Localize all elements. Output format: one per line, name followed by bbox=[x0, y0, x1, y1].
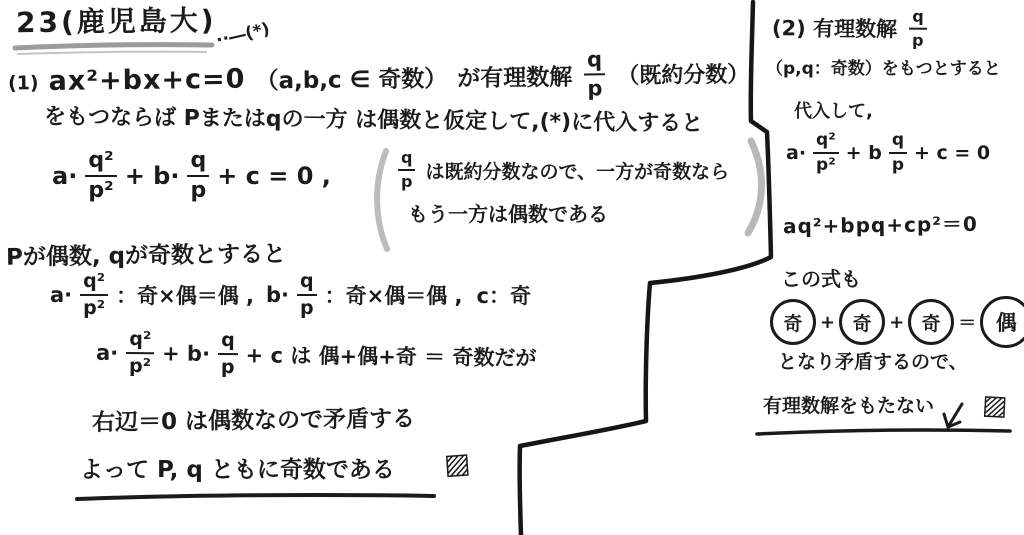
aside-note-line1: q p は既約分数なので、一方が奇数なら bbox=[396, 150, 729, 190]
contradiction-sentence-2: となり矛盾するので、 bbox=[778, 352, 968, 374]
fraction-numerator: q² bbox=[813, 132, 839, 154]
fraction-numerator: q bbox=[398, 150, 415, 171]
fraction-numerator: q² bbox=[80, 272, 108, 296]
star-reference-label: ··―(*) bbox=[214, 20, 271, 51]
parity-odd-times-even-2: ：奇×偶＝偶 , bbox=[325, 280, 463, 310]
fraction-denominator: p² bbox=[83, 296, 105, 318]
conclusion-underline bbox=[77, 495, 434, 499]
handwritten-math-notes: 23(鹿児島大) ··―(*) (1) ax²+bx+c=0 （a,b,c ∈ … bbox=[0, 0, 1024, 535]
quadratic-equation: ax²+bx+c=0 bbox=[48, 63, 245, 96]
parity-assumption-sentence: Pが偶数, qが奇数とすると bbox=[6, 241, 286, 271]
parity-c-odd: c：奇 bbox=[477, 280, 531, 310]
circled-odd-1: 奇 bbox=[770, 299, 816, 345]
rational-root-text: が有理数解 bbox=[457, 58, 572, 92]
aside-text-1: は既約分数なので、一方が奇数なら bbox=[425, 157, 729, 184]
fraction-denominator: p² bbox=[88, 177, 113, 202]
term-plus-c-equals-zero: + c = 0 , bbox=[217, 162, 331, 190]
fraction-denominator: p bbox=[587, 75, 602, 99]
fraction-q2-over-p2: q² p² bbox=[80, 272, 108, 318]
fraction-numerator: q bbox=[584, 49, 605, 75]
fraction-numerator: q bbox=[889, 132, 907, 154]
fraction-denominator: p bbox=[300, 296, 314, 318]
problem-2-heading: (2) 有理数解 q p bbox=[772, 7, 929, 49]
substitute-text: 代入して, bbox=[794, 102, 873, 123]
fraction-q2-over-p2: q² p² bbox=[85, 150, 116, 202]
term-plus-b: + b· bbox=[125, 162, 180, 190]
aside-close-paren bbox=[748, 141, 762, 233]
problem-2-title-text: (2) 有理数解 bbox=[772, 12, 897, 43]
title-underline bbox=[15, 45, 212, 48]
fraction-denominator: p bbox=[221, 355, 235, 377]
circled-parity-equation: 奇 + 奇 + 奇 ＝ 偶 bbox=[770, 296, 1024, 348]
irreducible-fraction-note: （既約分数） bbox=[617, 57, 749, 90]
fraction-q-over-p: q p bbox=[297, 272, 317, 318]
term-b: b· bbox=[266, 283, 289, 307]
fraction-denominator: p bbox=[401, 171, 412, 190]
substituted-equation: a· q² p² + b· q p + c = 0 , bbox=[52, 150, 331, 202]
fraction-numerator: q² bbox=[85, 150, 116, 177]
aside-open-paren bbox=[377, 151, 387, 249]
fraction-q-over-p: q p bbox=[584, 49, 606, 99]
fraction-numerator: q² bbox=[126, 330, 154, 354]
cleared-equation: aq²+bpq+cp²＝0 bbox=[783, 213, 978, 238]
term-a: a· bbox=[786, 142, 806, 164]
answer-underline bbox=[757, 430, 1010, 434]
aside-text-2: もう一方は偶数である bbox=[408, 203, 608, 226]
circled-even: 偶 bbox=[980, 296, 1024, 348]
contradiction-sentence: 右辺＝0 は偶数なので矛盾する bbox=[92, 406, 415, 436]
odd-coefficients-condition: （a,b,c ∈ 奇数） bbox=[255, 60, 447, 95]
qed-mark-2: ▨ bbox=[981, 391, 1008, 419]
plus-sign: + bbox=[820, 312, 835, 333]
fraction-denominator: p² bbox=[129, 354, 151, 376]
fraction-denominator: p bbox=[912, 30, 924, 49]
fraction-numerator: q bbox=[187, 150, 209, 177]
fraction-q2-over-p2: q² p² bbox=[126, 330, 154, 376]
fraction-denominator: p bbox=[190, 177, 206, 202]
fraction-q-over-p: q p bbox=[398, 150, 415, 190]
answer-arrow bbox=[944, 404, 962, 427]
qed-mark: ▨ bbox=[443, 449, 471, 479]
term-a: a· bbox=[50, 283, 72, 307]
fraction-q-over-p: q p bbox=[187, 150, 209, 202]
fraction-numerator: q bbox=[218, 331, 238, 355]
term-a: a· bbox=[52, 162, 77, 190]
term-plus-c-equals-zero: + c = 0 bbox=[914, 142, 990, 164]
circled-odd-3: 奇 bbox=[908, 299, 954, 345]
assumption-sentence: をもつならば Pまたはqの一方 は偶数と仮定して,(*)に代入すると bbox=[44, 105, 703, 137]
term-plus-b: + b bbox=[846, 142, 882, 164]
fraction-q-over-p: q p bbox=[909, 9, 927, 49]
sum-is-odd-text: + c は 偶+偶+奇 ＝ 奇数だが bbox=[245, 339, 536, 372]
term-plus-b: + b· bbox=[162, 341, 210, 366]
fraction-q-over-p: q p bbox=[218, 331, 238, 377]
problem-1-number: (1) bbox=[8, 72, 39, 94]
no-rational-root-answer: 有理数解をもたない bbox=[763, 396, 934, 418]
fraction-denominator: p bbox=[892, 154, 904, 174]
sum-parity-line: a· q² p² + b· q p + c は 偶+偶+奇 ＝ 奇数だが bbox=[96, 330, 537, 381]
fraction-numerator: q bbox=[909, 9, 927, 30]
fraction-numerator: q bbox=[297, 272, 317, 296]
parity-odd-times-even-1: ：奇×偶＝偶 , bbox=[116, 280, 254, 310]
term-a: a· bbox=[96, 341, 118, 365]
fraction-denominator: p² bbox=[816, 154, 836, 174]
substituted-equation-2: a· q² p² + b q p + c = 0 bbox=[786, 132, 990, 174]
equals-sign: ＝ bbox=[958, 309, 976, 335]
parity-analysis-line: a· q² p² ：奇×偶＝偶 , b· q p ：奇×偶＝偶 , c：奇 bbox=[50, 272, 531, 318]
this-equation-also-text: この式も bbox=[781, 268, 861, 291]
problem-1-statement: (1) ax²+bx+c=0 （a,b,c ∈ 奇数） が有理数解 q p （既… bbox=[8, 47, 750, 106]
page-title: 23(鹿児島大) bbox=[16, 5, 217, 40]
both-odd-assumption: （p,q：奇数）をもつとすると bbox=[766, 60, 1001, 80]
plus-sign: + bbox=[889, 312, 904, 333]
fraction-q-over-p: q p bbox=[889, 132, 907, 174]
circled-odd-2: 奇 bbox=[839, 299, 885, 345]
fraction-q2-over-p2: q² p² bbox=[813, 132, 839, 174]
conclusion-sentence: よって P, q ともに奇数である bbox=[80, 457, 395, 483]
